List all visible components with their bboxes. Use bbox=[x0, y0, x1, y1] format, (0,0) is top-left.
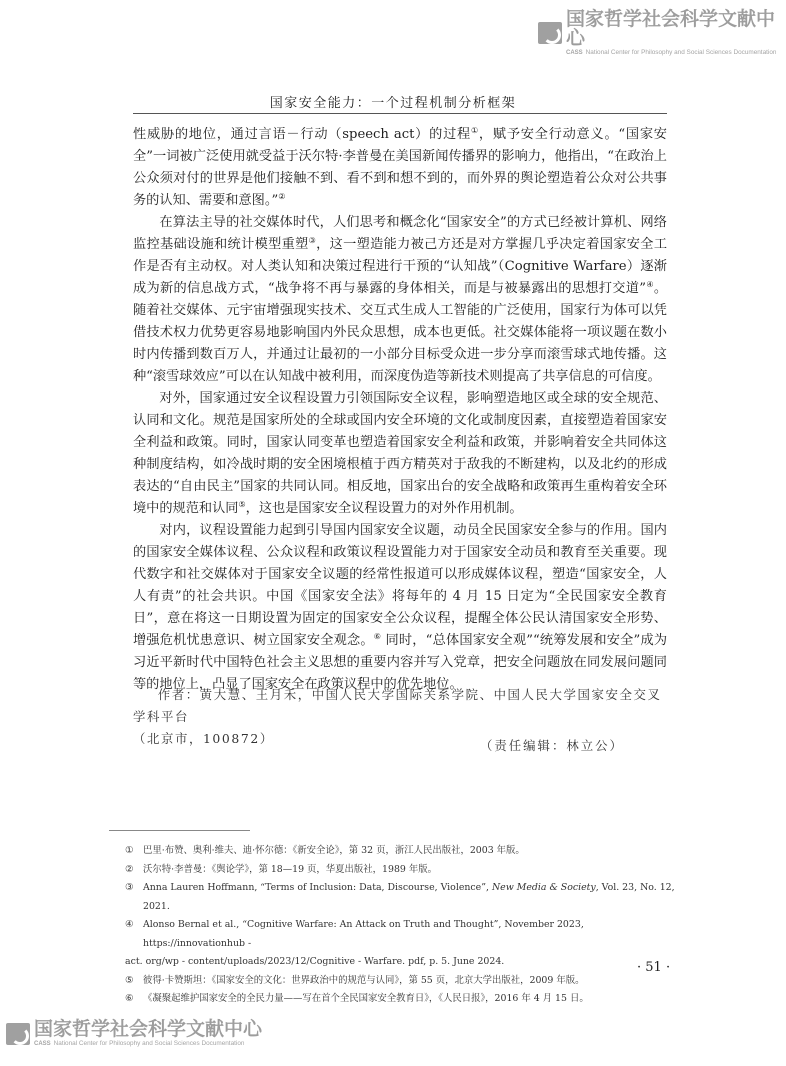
footnote-text: Anna Lauren Hoffmann, “Terms of Inclusio… bbox=[143, 879, 685, 916]
footnote-rule bbox=[109, 830, 250, 831]
paragraph-text: 对内，议程设置能力起到引导国内国家安全议题，动员全民国家安全参与的作用。国内的国… bbox=[133, 523, 667, 692]
watermark-en: National Center for Philosophy and Socia… bbox=[586, 50, 777, 56]
footnote-number: ② bbox=[125, 861, 143, 880]
footnote: ② 沃尔特·李普曼：《舆论学》，第 18—19 页，华夏出版社，1989 年版。 bbox=[125, 861, 685, 880]
paragraph-text: 对外，国家通过安全议程设置力引领国际安全议程，影响塑造地区或全球的安全规范、认同… bbox=[133, 391, 667, 516]
running-header: 国家安全能力：一个过程机制分析框架 bbox=[0, 92, 786, 111]
page-number: · 51 · bbox=[637, 960, 670, 975]
header-rule bbox=[133, 113, 667, 114]
footnote-number: ④ bbox=[125, 916, 143, 953]
footnotes: ① 巴里·布赞、奥利·维夫、迪·怀尔德：《新安全论》，第 32 页，浙江人民出版… bbox=[125, 842, 685, 1009]
footnote-number: ⑤ bbox=[125, 972, 143, 991]
footnote-text: 沃尔特·李普曼：《舆论学》，第 18—19 页，华夏出版社，1989 年版。 bbox=[143, 861, 685, 880]
footnote-text-main: Anna Lauren Hoffmann, “Terms of Inclusio… bbox=[143, 882, 492, 893]
paragraph-text: 在算法主导的社交媒体时代，人们思考和概念化“国家安全”的方式已经被计算机、网络监… bbox=[133, 215, 667, 384]
paragraph-text: 性威胁的地位，通过言语－行动（speech act）的过程①，赋予安全行动意义。… bbox=[133, 127, 667, 208]
footnote-number: ① bbox=[125, 842, 143, 861]
footnote-number: ⑥ bbox=[125, 990, 143, 1009]
watermark-en: National Center for Philosophy and Socia… bbox=[54, 1041, 245, 1047]
author-line: 作者：黄大慧、王月禾，中国人民大学国际关系学院、中国人民大学国家安全交叉学科平台 bbox=[133, 684, 667, 728]
footnote: ⑤ 彼得·卡赞斯坦：《国家安全的文化：世界政治中的规范与认同》，第 55 页，北… bbox=[125, 972, 685, 991]
watermark-top: 国家哲学社会科学文献中心 CASS National Center for Ph… bbox=[538, 10, 786, 56]
footnote: ④ Alonso Bernal et al., “Cognitive Warfa… bbox=[125, 916, 685, 953]
watermark-cass: CASS bbox=[566, 50, 583, 56]
paragraph: 在算法主导的社交媒体时代，人们思考和概念化“国家安全”的方式已经被计算机、网络监… bbox=[133, 212, 667, 388]
journal-title: New Media & Society bbox=[492, 882, 596, 893]
footnote: ③ Anna Lauren Hoffmann, “Terms of Inclus… bbox=[125, 879, 685, 916]
watermark-bottom: 国家哲学社会科学文献中心 CASS National Center for Ph… bbox=[6, 1020, 262, 1047]
footnote: ① 巴里·布赞、奥利·维夫、迪·怀尔德：《新安全论》，第 32 页，浙江人民出版… bbox=[125, 842, 685, 861]
footnote-text: Alonso Bernal et al., “Cognitive Warfare… bbox=[143, 916, 685, 953]
cass-logo-icon bbox=[6, 1023, 30, 1045]
watermark-cn: 国家哲学社会科学文献中心 bbox=[34, 1020, 262, 1039]
footnote-text: 巴里·布赞、奥利·维夫、迪·怀尔德：《新安全论》，第 32 页，浙江人民出版社，… bbox=[143, 842, 685, 861]
watermark-cass: CASS bbox=[34, 1041, 51, 1047]
watermark-cn: 国家哲学社会科学文献中心 bbox=[566, 10, 786, 48]
paragraph: 对外，国家通过安全议程设置力引领国际安全议程，影响塑造地区或全球的安全规范、认同… bbox=[133, 388, 667, 520]
footnote-continuation: act. org/wp - content/uploads/2023/12/Co… bbox=[125, 953, 685, 972]
paragraph: 性威胁的地位，通过言语－行动（speech act）的过程①，赋予安全行动意义。… bbox=[133, 124, 667, 212]
paragraph: 对内，议程设置能力起到引导国内国家安全议题，动员全民国家安全参与的作用。国内的国… bbox=[133, 520, 667, 696]
footnote-text: 《凝聚起维护国家安全的全民力量——写在首个全民国家安全教育日》，《人民日报》，2… bbox=[143, 990, 685, 1009]
footnote-text: 彼得·卡赞斯坦：《国家安全的文化：世界政治中的规范与认同》，第 55 页，北京大… bbox=[143, 972, 685, 991]
article-body: 性威胁的地位，通过言语－行动（speech act）的过程①，赋予安全行动意义。… bbox=[133, 124, 667, 696]
responsible-editor: （责任编辑：林立公） bbox=[480, 736, 624, 754]
cass-logo-icon bbox=[538, 22, 562, 44]
footnote-number: ③ bbox=[125, 879, 143, 916]
footnote: ⑥ 《凝聚起维护国家安全的全民力量——写在首个全民国家安全教育日》，《人民日报》… bbox=[125, 990, 685, 1009]
